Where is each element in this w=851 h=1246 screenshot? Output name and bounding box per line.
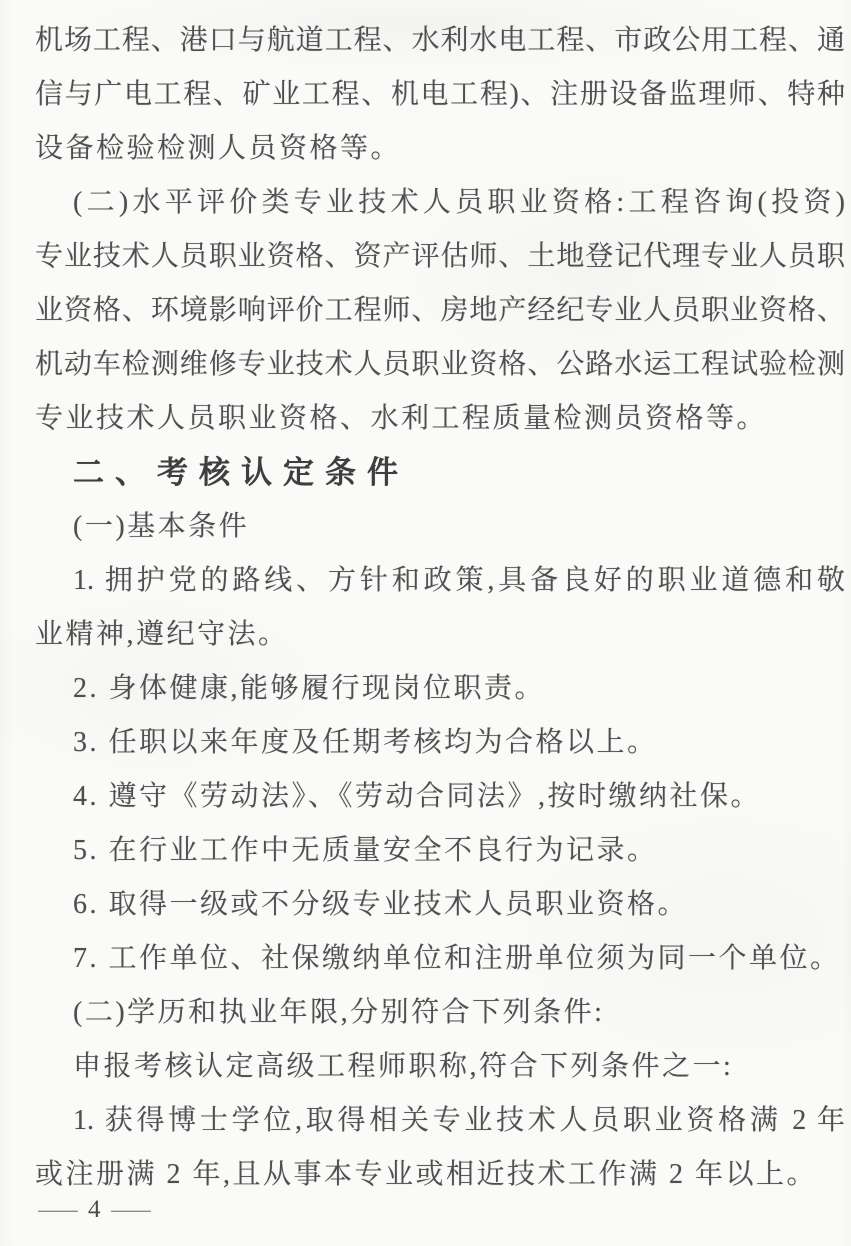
text-line: 专业技术人员职业资格、资产评估师、土地登记代理专业人员职	[35, 230, 845, 284]
footer-dash-left: —	[38, 1190, 77, 1230]
text-line: 专业技术人员职业资格、水利工程质量检测员资格等。	[35, 392, 845, 446]
text-line: 或注册满 2 年,且从事本专业或相近技术工作满 2 年以上。	[35, 1148, 845, 1202]
page-number: 4	[88, 1190, 101, 1230]
text-line: 5. 在行业工作中无质量安全不良行为记录。	[35, 824, 845, 878]
text-line: 机场工程、港口与航道工程、水利水电工程、市政公用工程、通	[35, 14, 845, 68]
text-line: 机动车检测维修专业技术人员职业资格、公路水运工程试验检测	[35, 338, 845, 392]
text-line: 申报考核认定高级工程师职称,符合下列条件之一:	[35, 1040, 845, 1094]
section-heading: 二、考核认定条件	[35, 446, 845, 500]
text-line: 信与广电工程、矿业工程、机电工程)、注册设备监理师、特种	[35, 68, 845, 122]
footer-dash-right: —	[111, 1190, 150, 1230]
text-line: (一)基本条件	[35, 500, 845, 554]
text-line: 设备检验检测人员资格等。	[35, 122, 845, 176]
text-line: 业精神,遵纪守法。	[35, 608, 845, 662]
text-line: (二)学历和执业年限,分别符合下列条件:	[35, 986, 845, 1040]
text-line: 7. 工作单位、社保缴纳单位和注册单位须为同一个单位。	[35, 932, 845, 986]
text-line: 2. 身体健康,能够履行现岗位职责。	[35, 662, 845, 716]
text-line: 6. 取得一级或不分级专业技术人员职业资格。	[35, 878, 845, 932]
text-line: 4. 遵守《劳动法》、《劳动合同法》,按时缴纳社保。	[35, 770, 845, 824]
text-line: 3. 任职以来年度及任期考核均为合格以上。	[35, 716, 845, 770]
text-lines: 机场工程、港口与航道工程、水利水电工程、市政公用工程、通信与广电工程、矿业工程、…	[35, 14, 845, 1202]
page-footer: — 4 —	[44, 1190, 145, 1230]
text-line: 1. 获得博士学位,取得相关专业技术人员职业资格满 2 年	[35, 1094, 845, 1148]
text-line: 业资格、环境影响评价工程师、房地产经纪专业人员职业资格、	[35, 284, 845, 338]
document-page: 机场工程、港口与航道工程、水利水电工程、市政公用工程、通信与广电工程、矿业工程、…	[0, 0, 851, 1246]
text-line: 1. 拥护党的路线、方针和政策,具备良好的职业道德和敬	[35, 554, 845, 608]
text-line: (二)水平评价类专业技术人员职业资格:工程咨询(投资)	[35, 176, 845, 230]
